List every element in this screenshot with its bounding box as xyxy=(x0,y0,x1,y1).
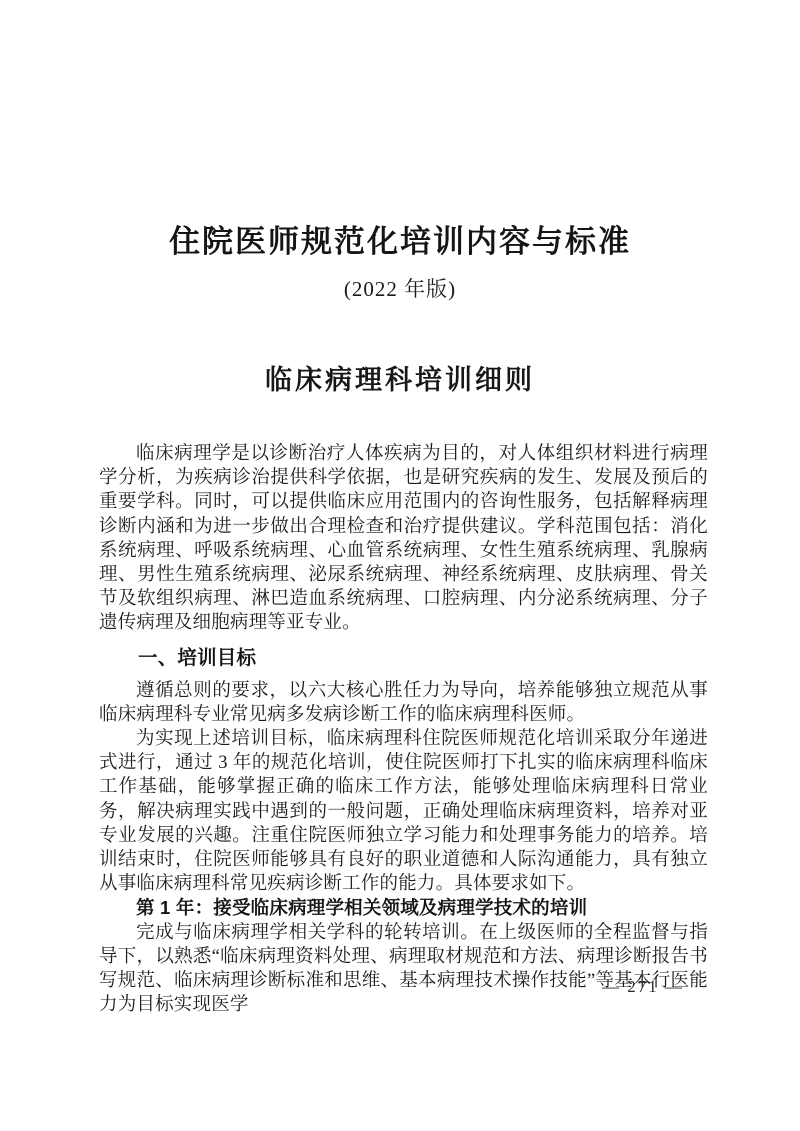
training-goal-heading: 一、培训目标 xyxy=(99,646,708,671)
goal-paragraph-2: 为实现上述培训目标，临床病理科住院医师规范化培训采取分年递进式进行，通过 3 年… xyxy=(99,727,708,896)
document-main-title: 住院医师规范化培训内容与标准 xyxy=(0,224,800,260)
title-block: 住院医师规范化培训内容与标准 (2022 年版) xyxy=(0,0,800,301)
year1-paragraph: 完成与临床病理学相关学科的轮转培训。在上级医师的全程监督与指导下，以熟悉“临床病… xyxy=(99,921,708,1018)
edition-label: (2022 年版) xyxy=(0,277,800,301)
section-title: 临床病理科培训细则 xyxy=(0,365,800,396)
intro-paragraph: 临床病理学是以诊断治疗人体疾病为目的，对人体组织材料进行病理学分析，为疾病诊治提… xyxy=(99,442,708,636)
year1-heading: 第 1 年：接受临床病理学相关领域及病理学技术的培训 xyxy=(99,896,708,920)
document-page: 住院医师规范化培训内容与标准 (2022 年版) 临床病理科培训细则 临床病理学… xyxy=(0,0,800,1131)
goal-paragraph-1: 遵循总则的要求，以六大核心胜任力为导向，培养能够独立规范从事临床病理科专业常见病… xyxy=(99,679,708,727)
page-number: — 271 — xyxy=(602,977,684,997)
content-area: 临床病理学是以诊断治疗人体疾病为目的，对人体组织材料进行病理学分析，为疾病诊治提… xyxy=(99,442,708,1017)
